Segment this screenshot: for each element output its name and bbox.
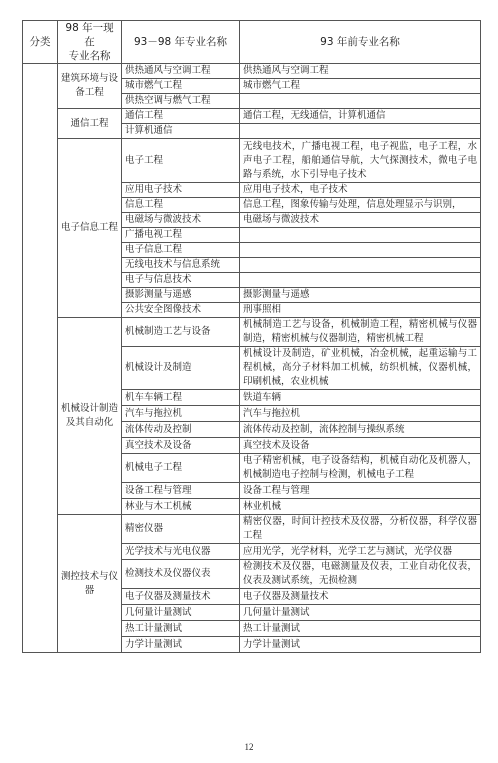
major-93-98-cell: 计算机通信 [122,124,240,139]
major-pre93-cell: 几何量计量测试 [240,605,481,621]
major-93-98-cell: 检测技术及仪器仪表 [122,560,240,589]
major-pre93-cell: 城市燃气工程 [240,79,481,94]
major-93-98-cell: 几何量计量测试 [122,605,240,621]
table-row: 机械设计制造及其自动化机械制造工艺与设备机械制造工艺与设备，机械制造工程，精密机… [23,318,481,347]
major-pre93-cell: 通信工程，无线通信，计算机通信 [240,109,481,124]
table-row: 通信工程通信工程通信工程，无线通信，计算机通信 [23,109,481,124]
major-93-98-cell: 电磁场与微波技术 [122,213,240,228]
major-pre93-cell [240,228,481,243]
major-pre93-cell: 信息工程，图象传输与处理，信息处理显示与识别， [240,198,481,213]
major-93-98-cell: 机械制造工艺与设备 [122,318,240,347]
major-pre93-cell: 铁道车辆 [240,390,481,406]
table-row: 建筑环境与设备工程供热通风与空调工程供热通风与空调工程 [23,64,481,79]
major-93-98-cell: 公共安全图像技术 [122,303,240,318]
current-major-cell: 通信工程 [58,109,122,139]
major-93-98-cell: 热工计量测试 [122,621,240,637]
header-category: 分类 [23,21,58,64]
major-93-98-cell: 电子信息工程 [122,243,240,258]
major-pre93-cell [240,243,481,258]
table-body: 建筑环境与设备工程供热通风与空调工程供热通风与空调工程城市燃气工程城市燃气工程供… [23,64,481,653]
major-93-98-cell: 电子仪器及测量技术 [122,589,240,605]
major-pre93-cell: 机械设计及制造，矿业机械，冶金机械，起重运输与工程机械，高分子材料加工机械，纺织… [240,347,481,390]
major-93-98-cell: 精密仪器 [122,515,240,544]
major-93-98-cell: 机械电子工程 [122,454,240,483]
header-row: 分类 98 年一现在 专业名称 93－98 年专业名称 93 年前专业名称 [23,21,481,64]
major-93-98-cell: 城市燃气工程 [122,79,240,94]
major-93-98-cell: 供热通风与空调工程 [122,64,240,79]
major-93-98-cell: 光学技术与光电仪器 [122,544,240,560]
major-93-98-cell: 供热空调与燃气工程 [122,94,240,109]
major-pre93-cell: 检测技术及仪器，电磁测量及仪表，工业自动化仪表，仪表及测试系统，无损检测 [240,560,481,589]
major-93-98-cell: 机械设计及制造 [122,347,240,390]
major-93-98-cell: 流体传动及控制 [122,422,240,438]
category-cell [23,64,58,653]
major-pre93-cell: 电子精密机械，电子设备结构，机械自动化及机器人，机械制造电子控制与检测，机械电子… [240,454,481,483]
major-93-98-cell: 摄影测量与遥感 [122,288,240,303]
major-93-98-cell: 信息工程 [122,198,240,213]
major-93-98-cell: 电子工程 [122,139,240,183]
major-pre93-cell: 无线电技术，广播电视工程，电子视监，电子工程，水声电子工程，船舶通信导航，大气探… [240,139,481,183]
major-pre93-cell: 供热通风与空调工程 [240,64,481,79]
current-major-cell: 机械设计制造及其自动化 [58,318,122,515]
major-pre93-cell [240,124,481,139]
major-pre93-cell [240,273,481,288]
major-93-98-cell: 机车车辆工程 [122,390,240,406]
header-current-major: 98 年一现在 专业名称 [58,21,122,64]
major-pre93-cell: 刑事照相 [240,303,481,318]
major-pre93-cell: 真空技术及设备 [240,438,481,454]
major-pre93-cell: 应用光学，光学材料，光学工艺与测试，光学仪器 [240,544,481,560]
major-pre93-cell: 电磁场与微波技术 [240,213,481,228]
major-pre93-cell: 设备工程与管理 [240,483,481,499]
major-93-98-cell: 设备工程与管理 [122,483,240,499]
major-pre93-cell: 应用电子技术，电子技术 [240,183,481,198]
major-pre93-cell: 热工计量测试 [240,621,481,637]
major-93-98-cell: 电子与信息技术 [122,273,240,288]
major-pre93-cell [240,258,481,273]
major-pre93-cell: 精密仪器，时间计控技术及仪器，分析仪器，科学仪器工程 [240,515,481,544]
major-mapping-table: 分类 98 年一现在 专业名称 93－98 年专业名称 93 年前专业名称 建筑… [22,20,481,653]
major-pre93-cell: 汽车与拖拉机 [240,406,481,422]
current-major-cell: 电子信息工程 [58,139,122,318]
major-93-98-cell: 通信工程 [122,109,240,124]
major-93-98-cell: 无线电技术与信息系统 [122,258,240,273]
major-93-98-cell: 真空技术及设备 [122,438,240,454]
header-93-98-major: 93－98 年专业名称 [122,21,240,64]
major-pre93-cell [240,94,481,109]
major-93-98-cell: 应用电子技术 [122,183,240,198]
major-pre93-cell: 流体传动及控制，流体控制与操纵系统 [240,422,481,438]
major-pre93-cell: 机械制造工艺与设备，机械制造工程，精密机械与仪器制造，精密机械与仪器制造，精密机… [240,318,481,347]
major-93-98-cell: 汽车与拖拉机 [122,406,240,422]
current-major-cell: 建筑环境与设备工程 [58,64,122,109]
table-row: 电子信息工程电子工程无线电技术，广播电视工程，电子视监，电子工程，水声电子工程，… [23,139,481,183]
header-current-line2: 专业名称 [61,49,118,63]
current-major-cell: 测控技术与仪器 [58,515,122,653]
header-current-line1: 98 年一现在 [61,21,118,49]
header-pre93-major: 93 年前专业名称 [240,21,481,64]
major-93-98-cell: 力学计量测试 [122,637,240,653]
major-pre93-cell: 力学计量测试 [240,637,481,653]
major-pre93-cell: 林业机械 [240,499,481,515]
major-93-98-cell: 广播电视工程 [122,228,240,243]
table-row: 测控技术与仪器精密仪器精密仪器，时间计控技术及仪器，分析仪器，科学仪器工程 [23,515,481,544]
major-93-98-cell: 林业与木工机械 [122,499,240,515]
major-pre93-cell: 摄影测量与遥感 [240,288,481,303]
major-pre93-cell: 电子仪器及测量技术 [240,589,481,605]
page-number: 12 [0,742,498,752]
